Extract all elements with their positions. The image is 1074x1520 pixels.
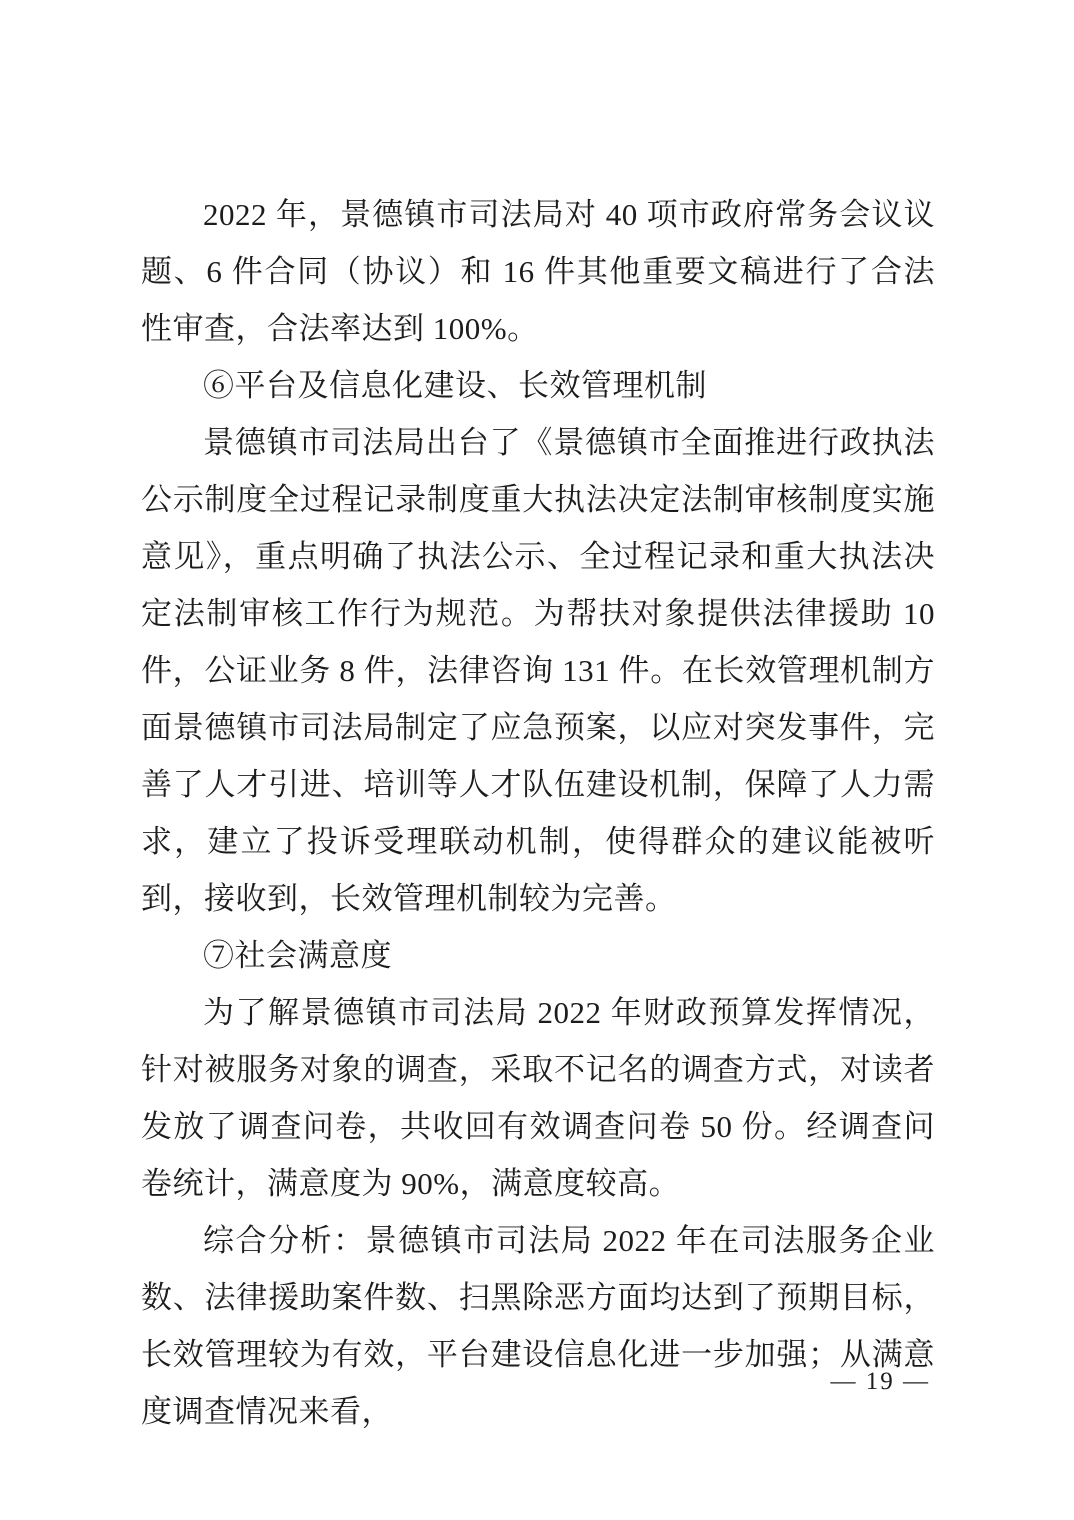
document-page: 2022 年，景德镇市司法局对 40 项市政府常务会议议题、6 件合同（协议）和… (0, 0, 1074, 1520)
heading-social-satisfaction: ⑦社会满意度 (141, 927, 935, 984)
paragraph-legality-review: 2022 年，景德镇市司法局对 40 项市政府常务会议议题、6 件合同（协议）和… (141, 186, 935, 357)
paragraph-comprehensive-analysis: 综合分析：景德镇市司法局 2022 年在司法服务企业数、法律援助案件数、扫黑除恶… (141, 1212, 935, 1440)
document-body: 2022 年，景德镇市司法局对 40 项市政府常务会议议题、6 件合同（协议）和… (141, 186, 935, 1440)
page-number: — 19 — (831, 1368, 931, 1395)
paragraph-satisfaction-survey: 为了解景德镇市司法局 2022 年财政预算发挥情况，针对被服务对象的调查，采取不… (141, 984, 935, 1212)
page-footer: — 19 — (831, 1366, 931, 1398)
heading-platform-informatization: ⑥平台及信息化建设、长效管理机制 (141, 357, 935, 414)
paragraph-platform-mechanism: 景德镇市司法局出台了《景德镇市全面推进行政执法公示制度全过程记录制度重大执法决定… (141, 414, 935, 927)
